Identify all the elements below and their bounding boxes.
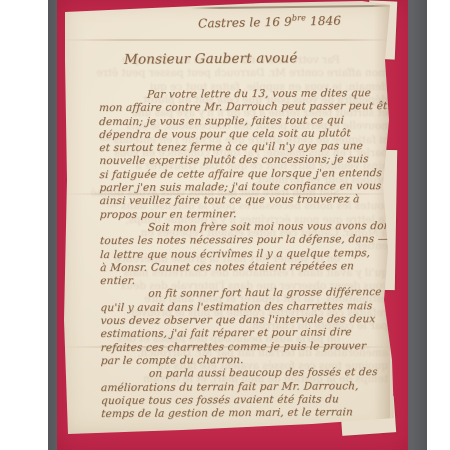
letter-dateline: Castres le 16 9bre 1846 <box>198 13 341 31</box>
letter-body: Par votre lettre du 13, vous me dites qu… <box>99 87 393 421</box>
letter-salutation: Monsieur Gaubert avoué <box>124 50 298 68</box>
dateline-year: 1846 <box>306 14 341 29</box>
letter-line: mon affaire contre Mr. Darrouch peut pas… <box>56 67 389 80</box>
fold-edge-line <box>190 5 392 9</box>
dateline-month-superscript: bre <box>292 13 306 22</box>
listing-canvas: Par votre lettre du 13, vous me dites qu… <box>0 0 450 450</box>
photo-backdrop: Par votre lettre du 13, vous me dites qu… <box>48 0 427 450</box>
letter-line: on parla aussi beaucoup des fossés et de… <box>100 366 393 381</box>
letter-paper: Par votre lettre du 13, vous me dites qu… <box>62 0 394 436</box>
dateline-place-day: Castres le 16 9 <box>198 15 292 31</box>
fold-crease <box>62 39 394 41</box>
letter-line: temps de la gestion de mon mari, et le t… <box>101 406 394 421</box>
